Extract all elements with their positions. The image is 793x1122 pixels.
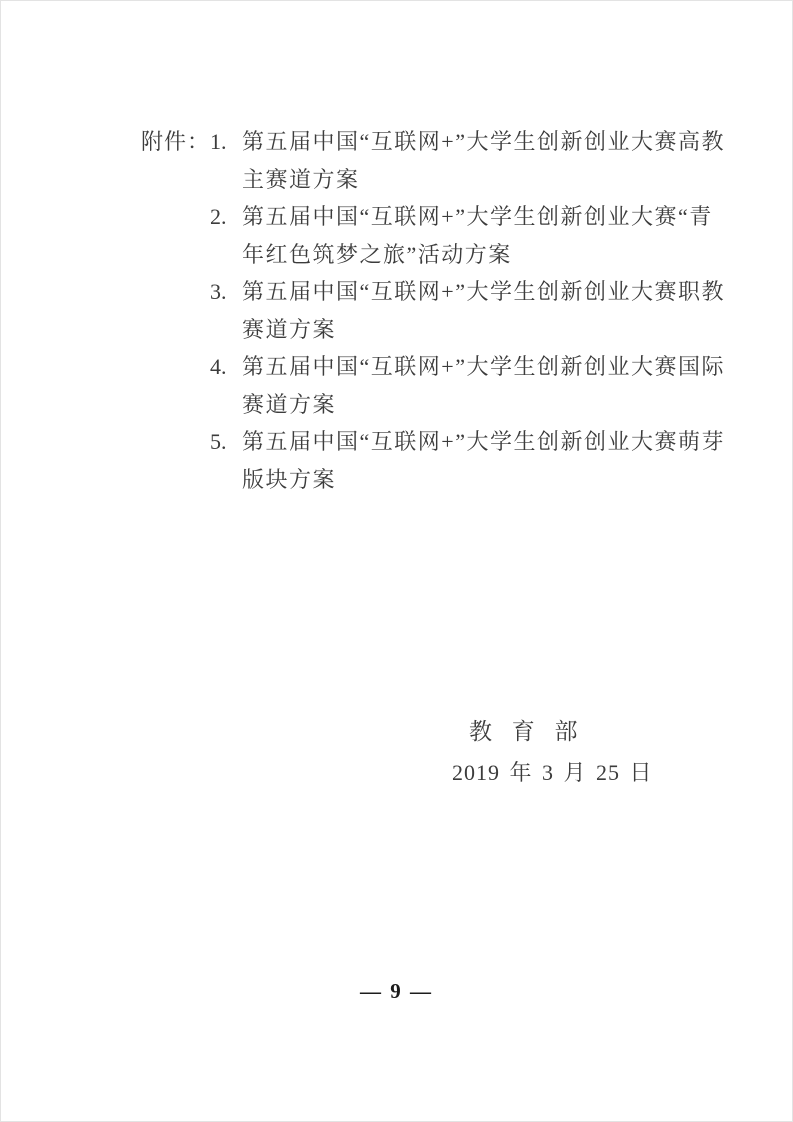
attachment-item-number: 1. [210, 123, 242, 161]
attachment-item-1: 1. 第五届中国“互联网+”大学生创新创业大赛高教 主赛道方案 [210, 123, 725, 198]
attachment-item-5: 5. 第五届中国“互联网+”大学生创新创业大赛萌芽 版块方案 [210, 423, 725, 498]
attachment-item-text-line: 赛道方案 [242, 386, 725, 424]
attachment-label: 附件： [141, 123, 210, 161]
page-number: — 9 — [1, 979, 792, 1004]
attachment-item-text-line: 第五届中国“互联网+”大学生创新创业大赛高教 [242, 123, 725, 161]
attachment-item-text-line: 第五届中国“互联网+”大学生创新创业大赛“青 [242, 198, 713, 236]
signature-issuer: 教 育 部 [469, 717, 578, 747]
attachment-item-number: 5. [210, 423, 242, 461]
attachment-item-text-line: 第五届中国“互联网+”大学生创新创业大赛国际 [242, 348, 725, 386]
attachment-item-number: 3. [210, 273, 242, 311]
attachment-item-text-line: 版块方案 [242, 461, 725, 499]
attachment-item-text-line: 年红色筑梦之旅”活动方案 [242, 236, 713, 274]
signature-date: 2019 年 3 月 25 日 [452, 758, 653, 788]
attachment-item-4: 4. 第五届中国“互联网+”大学生创新创业大赛国际 赛道方案 [210, 348, 725, 423]
attachment-item-text-line: 第五届中国“互联网+”大学生创新创业大赛职教 [242, 273, 725, 311]
attachment-items: 1. 第五届中国“互联网+”大学生创新创业大赛高教 主赛道方案 2. 第五届中国… [210, 123, 725, 498]
document-page: 附件： 1. 第五届中国“互联网+”大学生创新创业大赛高教 主赛道方案 2. 第… [0, 0, 793, 1122]
attachment-item-number: 4. [210, 348, 242, 386]
attachment-list: 附件： 1. 第五届中国“互联网+”大学生创新创业大赛高教 主赛道方案 2. 第… [141, 123, 725, 498]
attachment-item-text-line: 主赛道方案 [242, 161, 725, 199]
attachment-item-number: 2. [210, 198, 242, 236]
attachment-item-text-line: 赛道方案 [242, 311, 725, 349]
attachment-item-3: 3. 第五届中国“互联网+”大学生创新创业大赛职教 赛道方案 [210, 273, 725, 348]
attachment-item-text-line: 第五届中国“互联网+”大学生创新创业大赛萌芽 [242, 423, 725, 461]
attachment-item-2: 2. 第五届中国“互联网+”大学生创新创业大赛“青 年红色筑梦之旅”活动方案 [210, 198, 725, 273]
